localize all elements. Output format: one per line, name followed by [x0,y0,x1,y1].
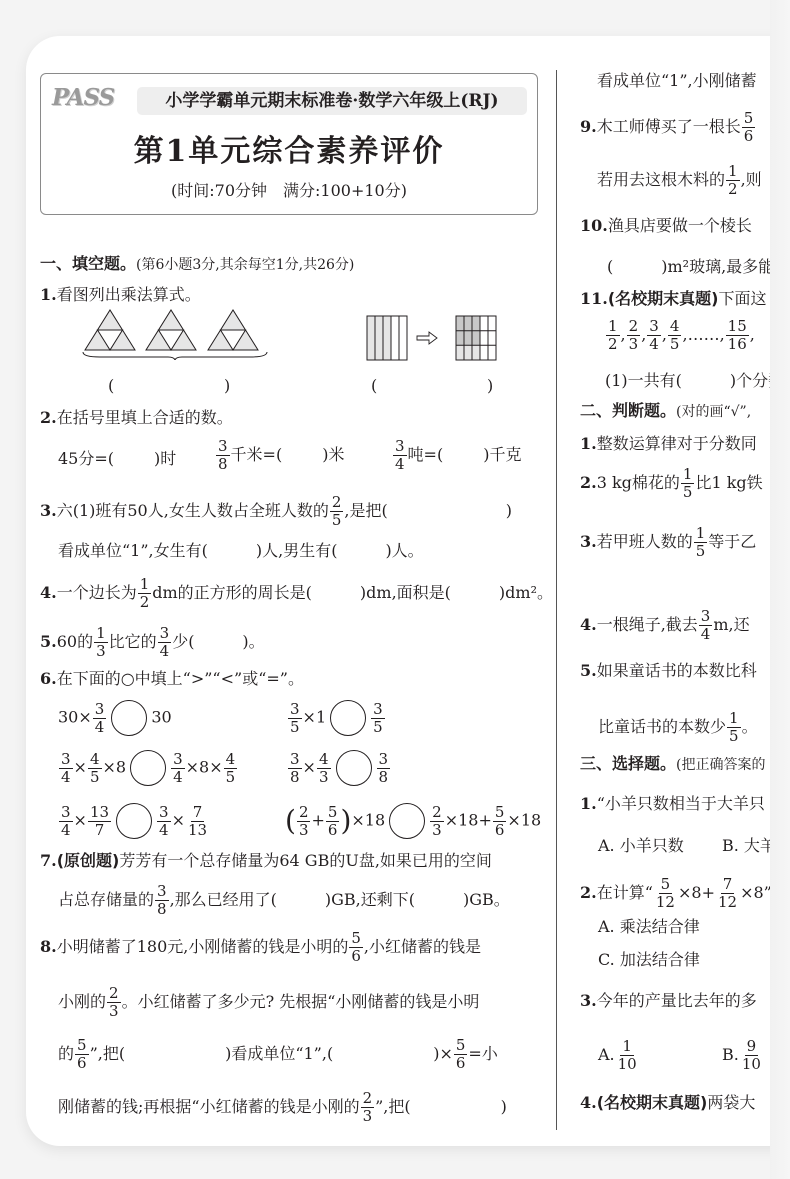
answer-blank-1a[interactable]: ( [108,375,114,397]
grid-2 [456,316,496,360]
compare-circle[interactable] [116,803,152,839]
question-5: 5.60的13比它的34少( )。 [40,625,265,660]
compare-row-1b: 35×135 [287,700,386,736]
worksheet-page: PASS 小学学霸单元期末标准卷·数学六年级上(RJ) 第1单元综合素养评价 (… [0,0,790,1179]
choice-3-option-a[interactable]: A.110 [598,1038,640,1073]
triangle-2 [146,310,196,350]
question-4: 4.一个边长为12dm的正方形的周长是( )dm,面积是( )dm²。 [40,576,553,611]
choice-1-option-a[interactable]: A. 小羊只数 [598,835,684,857]
choice-3: 3.今年的产量比去年的多 [580,990,757,1012]
judge-5-line2: 比童话书的本数少15。 [598,710,758,745]
question-10-line2: ( )m²玻璃,最多能 [607,256,774,278]
compare-row-3b: (23+56)×1823×18+56×18 [285,803,541,839]
judge-5: 5.如果童话书的本数比科 [580,660,757,682]
question-6: 6.在下面的○中填上“>”“<”或“=”。 [40,668,304,690]
judge-2: 2.3 kg棉花的15比1 kg铁 [580,466,763,501]
column-divider [556,70,557,1130]
question-7: 7.(原创题)芳芳有一个总存储量为64 GB的U盘,如果已用的空间 [40,850,492,872]
triangles-figure [80,308,270,360]
compare-circle[interactable] [389,803,425,839]
compare-row-2a: 34×45×834×8×45 [58,750,238,786]
choice-3-option-b[interactable]: B.910 [722,1038,764,1073]
question-8-line3: 的56”,把()看成单位“1”,()×56=小 [58,1037,498,1072]
question-11-sub1: (1)一共有( )个分数 [605,370,784,392]
question-8: 8.小明储蓄了180元,小刚储蓄的钱是小明的56,小红储蓄的钱是 [40,930,481,965]
answer-blank-1b[interactable]: ( [371,375,377,397]
section-2-heading: 二、判断题。(对的画“√”, [580,400,751,423]
compare-row-3a: 34×13734×713 [58,803,210,839]
choice-4: 4.(名校期末真题)两袋大 [580,1092,755,1114]
q8-continuation: 看成单位“1”,小刚储蓄 [597,70,757,92]
exam-info: (时间:70分钟 满分:100+10分) [41,178,537,201]
compare-circle[interactable] [330,700,366,736]
question-3: 3.六(1)班有50人,女生人数占全班人数的25,是把() [40,494,512,529]
header-box: PASS 小学学霸单元期末标准卷·数学六年级上(RJ) 第1单元综合素养评价 (… [40,73,538,215]
question-1: 1.看图列出乘法算式。 [40,284,201,306]
question-8-line4: 刚储蓄的钱;再根据“小红储蓄的钱是小刚的23”,把() [58,1090,507,1125]
choice-2-option-a[interactable]: A. 乘法结合律 [598,916,700,938]
q2-item-3: 34吨=()千克 [392,438,521,473]
judge-1: 1.整数运算律对于分数同 [580,433,757,455]
q2-item-1: 45分=()时 [58,448,176,470]
compare-circle[interactable] [130,750,166,786]
question-11: 11.(名校期末真题)下面这 [580,288,767,310]
grid-1 [367,316,407,360]
page-edge [770,0,790,1179]
triangle-1 [85,310,135,350]
judge-3: 3.若甲班人数的15等于乙 [580,525,756,560]
grid-figure [365,314,500,362]
pass-logo: PASS [52,84,114,111]
brace-icon [83,352,267,360]
question-8-line2: 小刚的23。小红储蓄了多少元? 先根据“小刚储蓄的钱是小明 [58,985,479,1020]
choice-1: 1.“小羊只数相当于大羊只 [580,793,765,815]
section-3-heading: 三、选择题。(把正确答案的 [580,753,765,776]
judge-4: 4.一根绳子,截去34m,还 [580,608,750,643]
page-title: 第1单元综合素养评价 [41,126,537,170]
q2-item-2: 38千米=()米 [215,438,344,473]
compare-circle[interactable] [111,700,147,736]
choice-2: 2.在计算“512×8+712×8”时 [580,876,788,911]
choice-1-option-b[interactable]: B. 大羊 [722,835,776,857]
question-7-line2: 占总存储量的38,那么已经用了( )GB,还剩下( )GB。 [58,883,510,918]
arrow-right-icon [417,332,437,344]
triangle-3 [208,310,258,350]
choice-2-option-c[interactable]: C. 加法结合律 [598,949,700,971]
section-1-heading: 一、填空题。(第6小题3分,其余每空1分,共26分) [40,253,354,276]
question-2: 2.在括号里填上合适的数。 [40,407,233,429]
question-10: 10.渔具店要做一个棱长 [580,215,752,237]
question-9-line2: 若用去这根木料的12,则 [597,163,762,198]
question-3-line2: 看成单位“1”,女生有( )人,男生有( )人。 [58,540,424,562]
compare-row-2b: 38×4338 [287,750,391,786]
compare-row-1a: 30×3430 [58,700,172,736]
question-11-sequence: 12,23,34,45,……,1516, [605,318,755,353]
series-title: 小学学霸单元期末标准卷·数学六年级上(RJ) [137,87,527,115]
compare-circle[interactable] [336,750,372,786]
question-9: 9.木工师傅买了一根长56 [580,110,756,145]
